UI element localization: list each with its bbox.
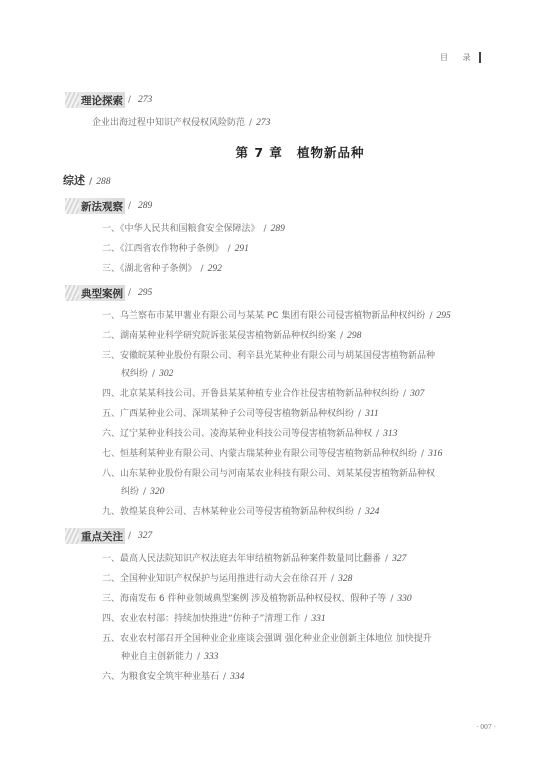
toc-entry[interactable]: 七、恒基利某种业有限公司、内蒙古瑞某种业有限公司等侵害植物新品种权纠纷/316: [80, 448, 520, 460]
separator: /: [390, 594, 393, 604]
separator: /: [358, 507, 361, 517]
separator: /: [89, 177, 92, 187]
separator: /: [421, 449, 424, 459]
separator: /: [331, 574, 334, 584]
section-page: 289: [138, 201, 152, 211]
entry-page: 331: [311, 614, 325, 624]
separator: /: [385, 554, 388, 564]
separator: /: [228, 244, 231, 254]
entry-page: 273: [256, 118, 270, 128]
entry-page: 316: [428, 449, 442, 459]
entry-title: 六、辽宁某种业科技公司、凌海某种业科技公司等侵害植物新品种权: [102, 429, 372, 439]
toc-entry[interactable]: 九、敦煌某良种公司、吉林某种业公司等侵害植物新品种权纠纷/324: [80, 506, 520, 518]
entry-page: 298: [347, 331, 361, 341]
toc-entry[interactable]: 企业出海过程中知识产权侵权风险防范/273: [80, 117, 520, 129]
section-title: 理论探索: [79, 92, 125, 108]
overview-entry[interactable]: 综述/288: [63, 172, 520, 188]
chapter-title: 第 7 章植物新品种: [80, 143, 520, 161]
toc-entry[interactable]: 八、山东某种业股份有限公司与河南某农业科技有限公司、刘某某侵害植物新品种权纠纷/…: [80, 468, 520, 498]
entry-page: 330: [397, 594, 411, 604]
entry-page: 292: [208, 264, 222, 274]
section-page: 295: [138, 288, 152, 298]
separator: /: [201, 264, 204, 274]
entry-page: 302: [159, 369, 173, 379]
toc-entry[interactable]: 四、农业农村部：持续加快推进“仿种子”清理工作/331: [80, 613, 520, 625]
entry-continuation: 权纠纷/302: [102, 368, 520, 380]
entry-title: 六、为粮食安全筑牢种业基石: [102, 672, 219, 682]
entry-title: 三、《湖北省种子条例》: [102, 264, 197, 274]
section-heading-typical-cases[interactable]: 典型案例 / 295: [65, 283, 520, 303]
section-heading-new-law[interactable]: 新法观察 / 289: [65, 196, 520, 216]
entry-title-cont: 纠纷: [121, 487, 139, 497]
toc-entry[interactable]: 五、广西某种业公司、深圳某种子公司等侵害植物新品种权纠纷/311: [80, 408, 520, 420]
section-stripes-icon: [65, 198, 79, 214]
toc-entry[interactable]: 三、安徽皖某种业股份有限公司、利辛县光某种业有限公司与胡某国侵害植物新品种权纠纷…: [80, 350, 520, 380]
separator: /: [128, 95, 131, 105]
entry-title: 八、山东某种业股份有限公司与河南某农业科技有限公司、刘某某侵害植物新品种权: [102, 469, 435, 479]
separator: /: [264, 224, 267, 234]
toc-entry[interactable]: 六、辽宁某种业科技公司、凌海某种业科技公司等侵害植物新品种权/313: [80, 428, 520, 440]
separator: /: [403, 389, 406, 399]
entry-title: 三、海南发布 6 件种业领域典型案例 涉及植物新品种权侵权、假种子等: [102, 594, 386, 604]
toc-entry[interactable]: 三、《湖北省种子条例》/292: [80, 263, 520, 275]
chapter-name: 植物新品种: [297, 145, 365, 160]
entry-continuation: 种业自主创新能力/333: [102, 651, 520, 663]
toc-entry[interactable]: 二、全国种业知识产权保护与运用推进行动大会在徐召开/328: [80, 573, 520, 585]
separator: /: [128, 201, 131, 211]
entry-page: 313: [383, 429, 397, 439]
toc-entry[interactable]: 五、农业农村部召开全国种业企业座谈会强调 强化种业企业创新主体地位 加快提升种业…: [80, 633, 520, 663]
footer-page-number: · 007 ·: [476, 722, 496, 731]
separator: /: [304, 614, 307, 624]
section-title: 新法观察: [79, 198, 125, 214]
entry-title-cont: 权纠纷: [121, 369, 148, 379]
separator: /: [128, 288, 131, 298]
separator: /: [358, 409, 361, 419]
overview-page: 288: [96, 177, 110, 187]
section-title: 重点关注: [79, 528, 125, 544]
entry-title: 五、广西某种业公司、深圳某种子公司等侵害植物新品种权纠纷: [102, 409, 354, 419]
entry-title: 一、最高人民法院知识产权法庭去年审结植物新品种案件数量同比翻番: [102, 554, 381, 564]
section-page: 273: [138, 95, 152, 105]
toc-entry[interactable]: 一、《中华人民共和国粮食安全保障法》/289: [80, 223, 520, 235]
toc-entry[interactable]: 三、海南发布 6 件种业领域典型案例 涉及植物新品种权侵权、假种子等/330: [80, 593, 520, 605]
separator: /: [223, 672, 226, 682]
separator: /: [197, 652, 200, 662]
toc-entry[interactable]: 一、乌兰察布市某甲薯业有限公司与某某 PC 集团有限公司侵害植物新品种权纠纷/2…: [80, 310, 520, 322]
entry-title: 四、北京某某科技公司、开鲁县某某种植专业合作社侵害植物新品种权纠纷: [102, 389, 399, 399]
entry-page: 333: [204, 652, 218, 662]
section-stripes-icon: [65, 528, 79, 544]
entry-title: 五、农业农村部召开全国种业企业座谈会强调 强化种业企业创新主体地位 加快提升: [102, 634, 432, 644]
entry-page: 291: [235, 244, 249, 254]
section-stripes-icon: [65, 285, 79, 301]
section-heading-theory[interactable]: 理论探索 / 273: [65, 90, 520, 110]
separator: /: [249, 118, 252, 128]
entry-title: 企业出海过程中知识产权侵权风险防范: [92, 118, 245, 128]
section-title: 典型案例: [79, 285, 125, 301]
running-head: 目 录: [440, 52, 481, 63]
entry-page: 334: [230, 672, 244, 682]
toc-entry[interactable]: 一、最高人民法院知识产权法庭去年审结植物新品种案件数量同比翻番/327: [80, 553, 520, 565]
separator: /: [128, 531, 131, 541]
running-head-bar: [479, 52, 481, 63]
toc-entry[interactable]: 二、《江西省农作物种子条例》/291: [80, 243, 520, 255]
entry-page: 327: [392, 554, 406, 564]
entry-title: 二、《江西省农作物种子条例》: [102, 244, 224, 254]
entry-title: 二、湖南某种业科学研究院诉张某侵害植物新品种权纠纷案: [102, 331, 336, 341]
entry-title: 二、全国种业知识产权保护与运用推进行动大会在徐召开: [102, 574, 327, 584]
entry-page: 289: [271, 224, 285, 234]
entry-title-cont: 种业自主创新能力: [121, 652, 193, 662]
chapter-number: 第 7 章: [236, 145, 283, 160]
entry-title: 一、乌兰察布市某甲薯业有限公司与某某 PC 集团有限公司侵害植物新品种权纠纷: [102, 311, 425, 321]
separator: /: [152, 369, 155, 379]
entry-page: 328: [338, 574, 352, 584]
toc-entry[interactable]: 四、北京某某科技公司、开鲁县某某种植专业合作社侵害植物新品种权纠纷/307: [80, 388, 520, 400]
entry-title: 四、农业农村部：持续加快推进“仿种子”清理工作: [102, 614, 300, 624]
separator: /: [429, 311, 432, 321]
entry-title: 九、敦煌某良种公司、吉林某种业公司等侵害植物新品种权纠纷: [102, 507, 354, 517]
section-stripes-icon: [65, 92, 79, 108]
running-head-text: 目 录: [440, 52, 477, 63]
toc-content: 理论探索 / 273 企业出海过程中知识产权侵权风险防范/273 第 7 章植物…: [80, 90, 520, 691]
toc-entry[interactable]: 二、湖南某种业科学研究院诉张某侵害植物新品种权纠纷案/298: [80, 330, 520, 342]
separator: /: [376, 429, 379, 439]
entry-title: 七、恒基利某种业有限公司、内蒙古瑞某种业有限公司等侵害植物新品种权纠纷: [102, 449, 417, 459]
toc-entry[interactable]: 六、为粮食安全筑牢种业基石/334: [80, 671, 520, 683]
overview-title: 综述: [63, 174, 85, 187]
separator: /: [143, 487, 146, 497]
entry-page: 311: [365, 409, 379, 419]
entry-title: 三、安徽皖某种业股份有限公司、利辛县光某种业有限公司与胡某国侵害植物新品种: [102, 351, 435, 361]
entry-page: 307: [410, 389, 424, 399]
section-heading-focus[interactable]: 重点关注 / 327: [65, 526, 520, 546]
entry-page: 320: [150, 487, 164, 497]
section-page: 327: [138, 531, 152, 541]
separator: /: [340, 331, 343, 341]
entry-title: 一、《中华人民共和国粮食安全保障法》: [102, 224, 260, 234]
entry-page: 324: [365, 507, 379, 517]
entry-continuation: 纠纷/320: [102, 486, 520, 498]
entry-page: 295: [436, 311, 450, 321]
